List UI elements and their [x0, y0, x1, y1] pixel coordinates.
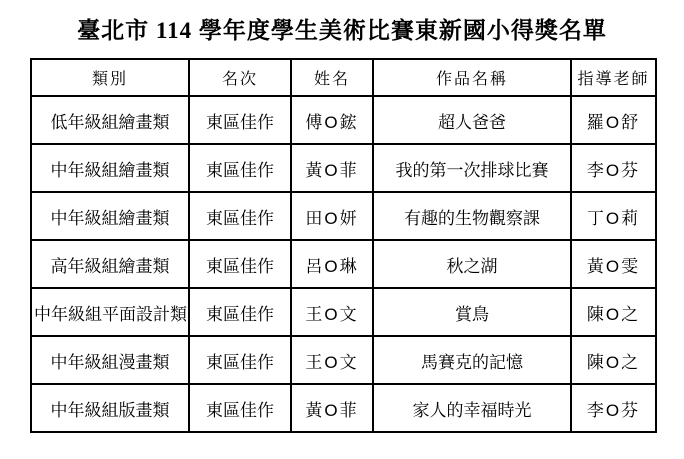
- cell-artwork: 有趣的生物觀察課: [373, 192, 571, 240]
- cell-category: 中年級組版畫類: [31, 384, 189, 432]
- table-row: 中年級組版畫類 東區佳作 黃O菲 家人的幸福時光 李O芬: [31, 384, 656, 432]
- header-name: 姓名: [291, 59, 373, 96]
- table-row: 中年級組平面設計類 東區佳作 王O文 賞鳥 陳O之: [31, 288, 656, 336]
- cell-award: 東區佳作: [189, 384, 291, 432]
- table-header-row: 類別 名次 姓名 作品名稱 指導老師: [31, 59, 656, 96]
- cell-award: 東區佳作: [189, 192, 291, 240]
- cell-name: 黃O菲: [291, 384, 373, 432]
- cell-teacher: 羅O舒: [571, 96, 656, 144]
- cell-artwork: 秋之湖: [373, 240, 571, 288]
- cell-name: 傅O鋐: [291, 96, 373, 144]
- table-row: 中年級組繪畫類 東區佳作 田O妍 有趣的生物觀察課 丁O莉: [31, 192, 656, 240]
- table-row: 中年級組漫畫類 東區佳作 王O文 馬賽克的記憶 陳O之: [31, 336, 656, 384]
- cell-teacher: 李O芬: [571, 384, 656, 432]
- cell-name: 黃O菲: [291, 144, 373, 192]
- cell-award: 東區佳作: [189, 288, 291, 336]
- cell-category: 低年級組繪畫類: [31, 96, 189, 144]
- page-title: 臺北市 114 學年度學生美術比賽東新國小得獎名單: [0, 12, 684, 45]
- header-artwork: 作品名稱: [373, 59, 571, 96]
- header-teacher: 指導老師: [571, 59, 656, 96]
- document-page: 臺北市 114 學年度學生美術比賽東新國小得獎名單 類別 名次 姓名 作品名稱 …: [0, 0, 684, 459]
- header-category: 類別: [31, 59, 189, 96]
- cell-teacher: 陳O之: [571, 288, 656, 336]
- cell-name: 王O文: [291, 336, 373, 384]
- awards-table: 類別 名次 姓名 作品名稱 指導老師 低年級組繪畫類 東區佳作 傅O鋐 超人爸爸…: [30, 58, 657, 433]
- cell-award: 東區佳作: [189, 96, 291, 144]
- cell-artwork: 馬賽克的記憶: [373, 336, 571, 384]
- cell-name: 田O妍: [291, 192, 373, 240]
- table-row: 低年級組繪畫類 東區佳作 傅O鋐 超人爸爸 羅O舒: [31, 96, 656, 144]
- table-row: 中年級組繪畫類 東區佳作 黃O菲 我的第一次排球比賽 李O芬: [31, 144, 656, 192]
- cell-category: 高年級組繪畫類: [31, 240, 189, 288]
- cell-award: 東區佳作: [189, 240, 291, 288]
- cell-artwork: 賞鳥: [373, 288, 571, 336]
- cell-artwork: 家人的幸福時光: [373, 384, 571, 432]
- cell-award: 東區佳作: [189, 336, 291, 384]
- cell-teacher: 丁O莉: [571, 192, 656, 240]
- cell-artwork: 超人爸爸: [373, 96, 571, 144]
- cell-teacher: 黃O雯: [571, 240, 656, 288]
- cell-category: 中年級組繪畫類: [31, 192, 189, 240]
- cell-category: 中年級組平面設計類: [31, 288, 189, 336]
- cell-teacher: 陳O之: [571, 336, 656, 384]
- cell-artwork: 我的第一次排球比賽: [373, 144, 571, 192]
- cell-category: 中年級組繪畫類: [31, 144, 189, 192]
- cell-teacher: 李O芬: [571, 144, 656, 192]
- header-award: 名次: [189, 59, 291, 96]
- cell-award: 東區佳作: [189, 144, 291, 192]
- cell-name: 呂O琳: [291, 240, 373, 288]
- cell-name: 王O文: [291, 288, 373, 336]
- cell-category: 中年級組漫畫類: [31, 336, 189, 384]
- table-row: 高年級組繪畫類 東區佳作 呂O琳 秋之湖 黃O雯: [31, 240, 656, 288]
